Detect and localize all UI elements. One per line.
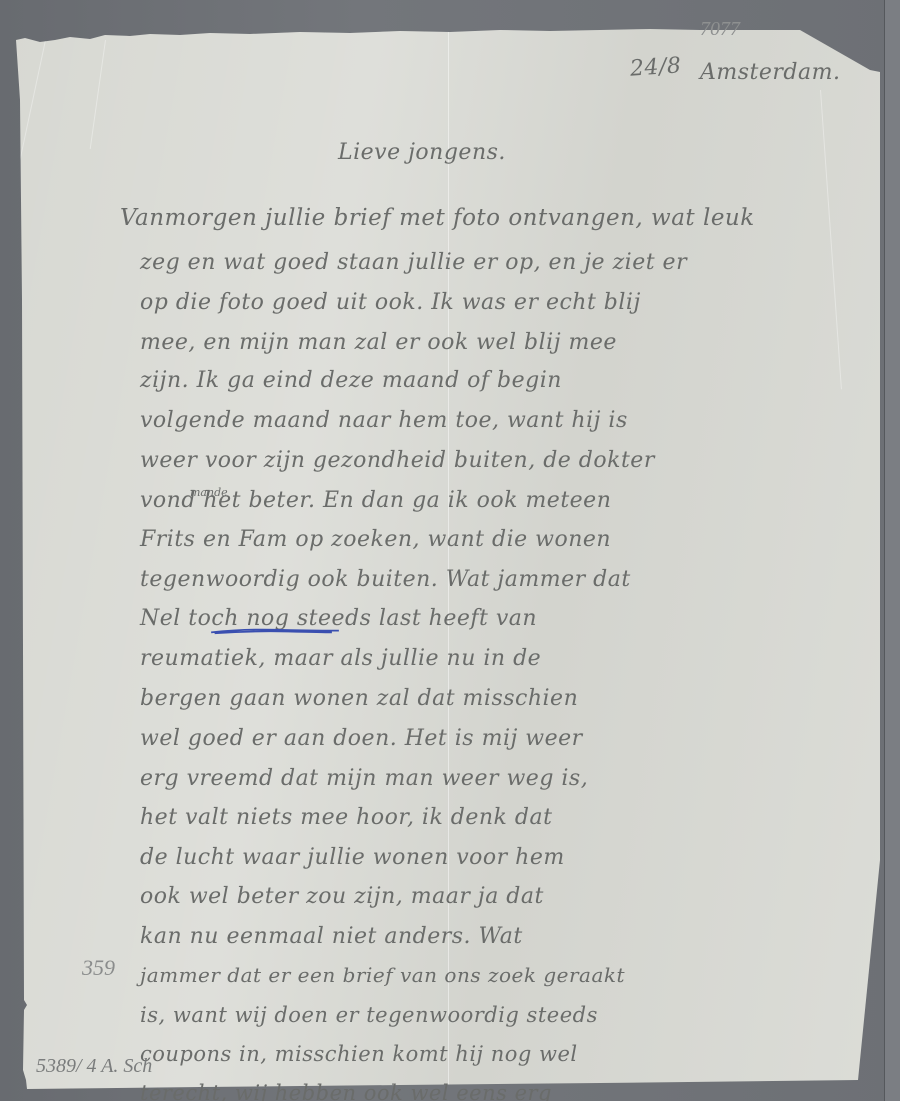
body-line: is, want wij doen er tegenwoordig steeds <box>140 1003 598 1027</box>
letter-place: Amsterdam. <box>700 60 840 85</box>
body-line: zijn. Ik ga eind deze maand of begin <box>140 368 562 393</box>
body-line: Vanmorgen jullie brief met foto ontvange… <box>120 205 755 231</box>
body-line: coupons in, misschien komt hij nog wel <box>140 1042 578 1066</box>
body-line: Frits en Fam op zoeken, want die wonen <box>140 527 611 552</box>
body-line: wel goed er aan doen. Het is mij weer <box>140 726 583 751</box>
margin-pencil-note: 359 <box>82 955 115 981</box>
archive-number-top: 7077 <box>700 18 740 41</box>
body-line: zeg en wat goed staan jullie er op, en j… <box>140 250 687 275</box>
body-line: bergen gaan wonen zal dat misschien <box>140 686 578 711</box>
body-line: reumatiek, maar als jullie nu in de <box>140 646 541 671</box>
letter-date: 24/8 <box>629 53 682 82</box>
body-line: jammer dat er een brief van ons zoek ger… <box>140 963 625 987</box>
scan-background: 7077 24/8 Amsterdam. Lieve jongens. Vanm… <box>0 0 900 1101</box>
body-line: erg vreemd dat mijn man weer weg is, <box>140 766 588 791</box>
body-line: het valt niets mee hoor, ik denk dat <box>140 805 552 830</box>
body-line: op die foto goed uit ook. Ik was er echt… <box>140 290 641 315</box>
blue-pen-underline <box>200 628 350 635</box>
paper-crease <box>820 90 842 389</box>
body-line: tegenwoordig ook buiten. Wat jammer dat <box>140 567 631 592</box>
insertion-above: mande <box>190 486 228 499</box>
body-line: terecht, wij hebben ook wel eens erg <box>140 1081 552 1101</box>
body-line: weer voor zijn gezondheid buiten, de dok… <box>140 448 655 473</box>
body-line: de lucht waar jullie wonen voor hem <box>140 845 565 870</box>
body-line: ook wel beter zou zijn, maar ja dat <box>140 884 544 909</box>
salutation: Lieve jongens. <box>338 140 506 165</box>
body-line: kan nu eenmaal niet anders. Wat <box>140 924 523 949</box>
body-line: mee, en mijn man zal er ook wel blij mee <box>140 330 617 355</box>
archive-reference-bottom: 5389/ 4 A. Sch <box>36 1055 152 1078</box>
paper-crease <box>12 40 46 197</box>
body-line: volgende maand naar hem toe, want hij is <box>140 408 628 433</box>
paper-crease <box>90 40 106 149</box>
scanner-edge-strip <box>884 0 900 1101</box>
